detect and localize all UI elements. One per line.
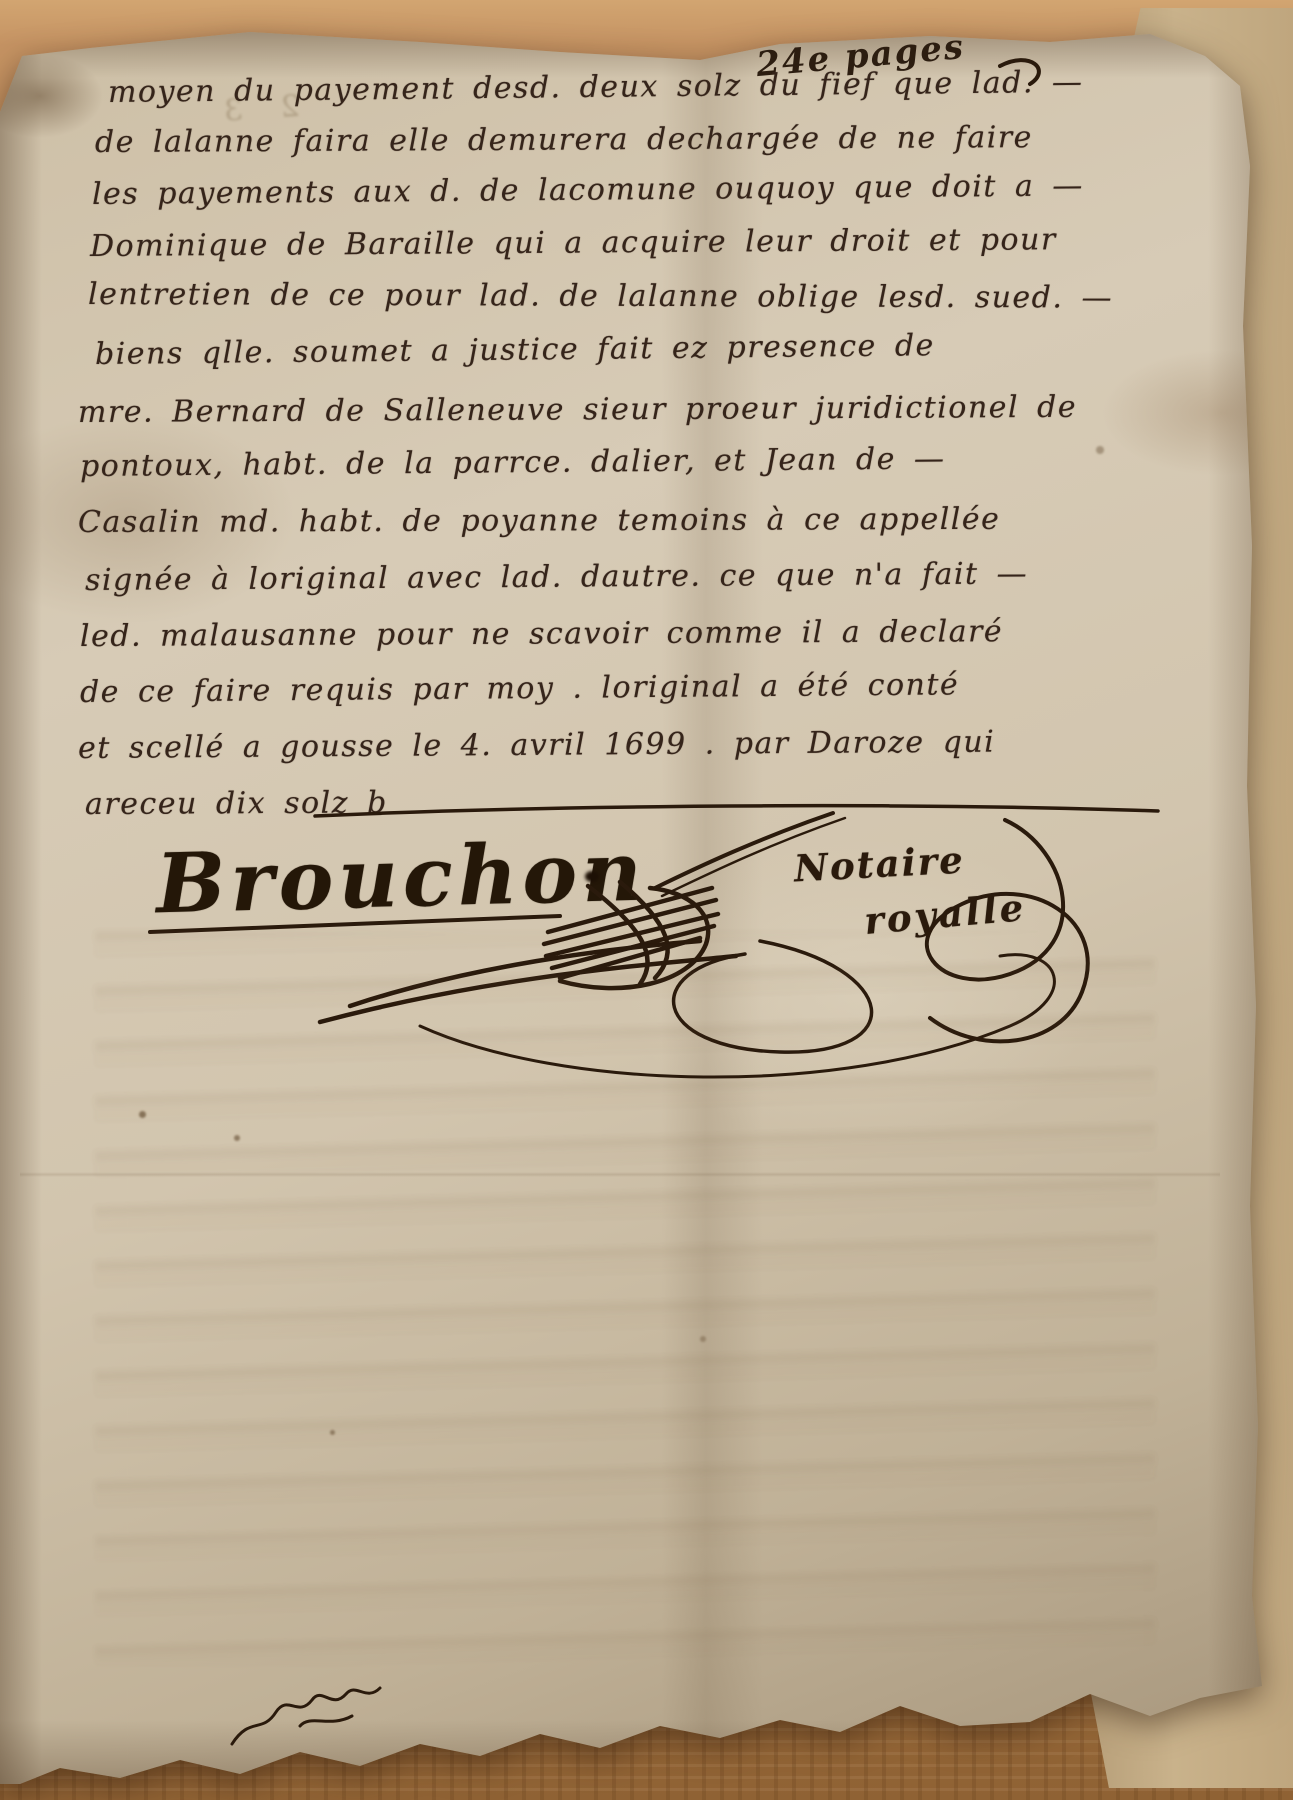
manuscript-line: lentretien de ce pour lad. de lalanne ob… [88, 280, 1113, 314]
manuscript-line: pontoux, habt. de la parrce. dalier, et … [80, 444, 946, 482]
manuscript-line: Dominique de Baraille qui a acquire leur… [90, 225, 1057, 262]
manuscript-line: biens qlle. soumet a justice fait ez pre… [95, 331, 935, 370]
inverted-ink-scribble [232, 1688, 380, 1744]
manuscript-line: areceu dix solz b [85, 788, 388, 820]
paper-stain [700, 1336, 706, 1342]
ink-rule [315, 806, 1158, 816]
ink-blot [585, 871, 599, 882]
notary-signature: Brouchon [155, 824, 648, 933]
manuscript-line: moyen du payement desd. deux solz du fie… [108, 68, 1084, 108]
paper-crease [20, 1172, 1220, 1177]
notary-title-line1: Notaire [793, 838, 966, 891]
paper-stain [1096, 446, 1104, 454]
ink-bleedthrough [95, 931, 1155, 1666]
manuscript-line: Casalin md. habt. de poyanne temoins à c… [78, 505, 1000, 538]
manuscript-line: mre. Bernard de Salleneuve sieur proeur … [78, 393, 1077, 428]
paper-stain [139, 1111, 146, 1118]
manuscript-line: et scellé a gousse le 4. avril 1699 . pa… [78, 728, 995, 764]
manuscript-photo: { "page": { "page_number_label": "24e pa… [0, 0, 1293, 1800]
manuscript-line: signée à loriginal avec lad. dautre. ce … [85, 559, 1028, 596]
manuscript-page-wrap: 24e pages 2 3 moyen du payement desd. de… [0, 26, 1272, 1784]
manuscript-line: led. malausanne pour ne scavoir comme il… [80, 617, 1003, 652]
paper-stain [330, 1430, 335, 1435]
manuscript-line: les payements aux d. de lacomune ouquoy … [92, 171, 1084, 210]
manuscript-page: 24e pages 2 3 moyen du payement desd. de… [0, 26, 1272, 1784]
manuscript-line: de ce faire requis par moy . loriginal a… [80, 670, 959, 708]
paper-stain [234, 1135, 240, 1141]
manuscript-line: de lalanne faira elle demurera dechargée… [95, 123, 1033, 158]
